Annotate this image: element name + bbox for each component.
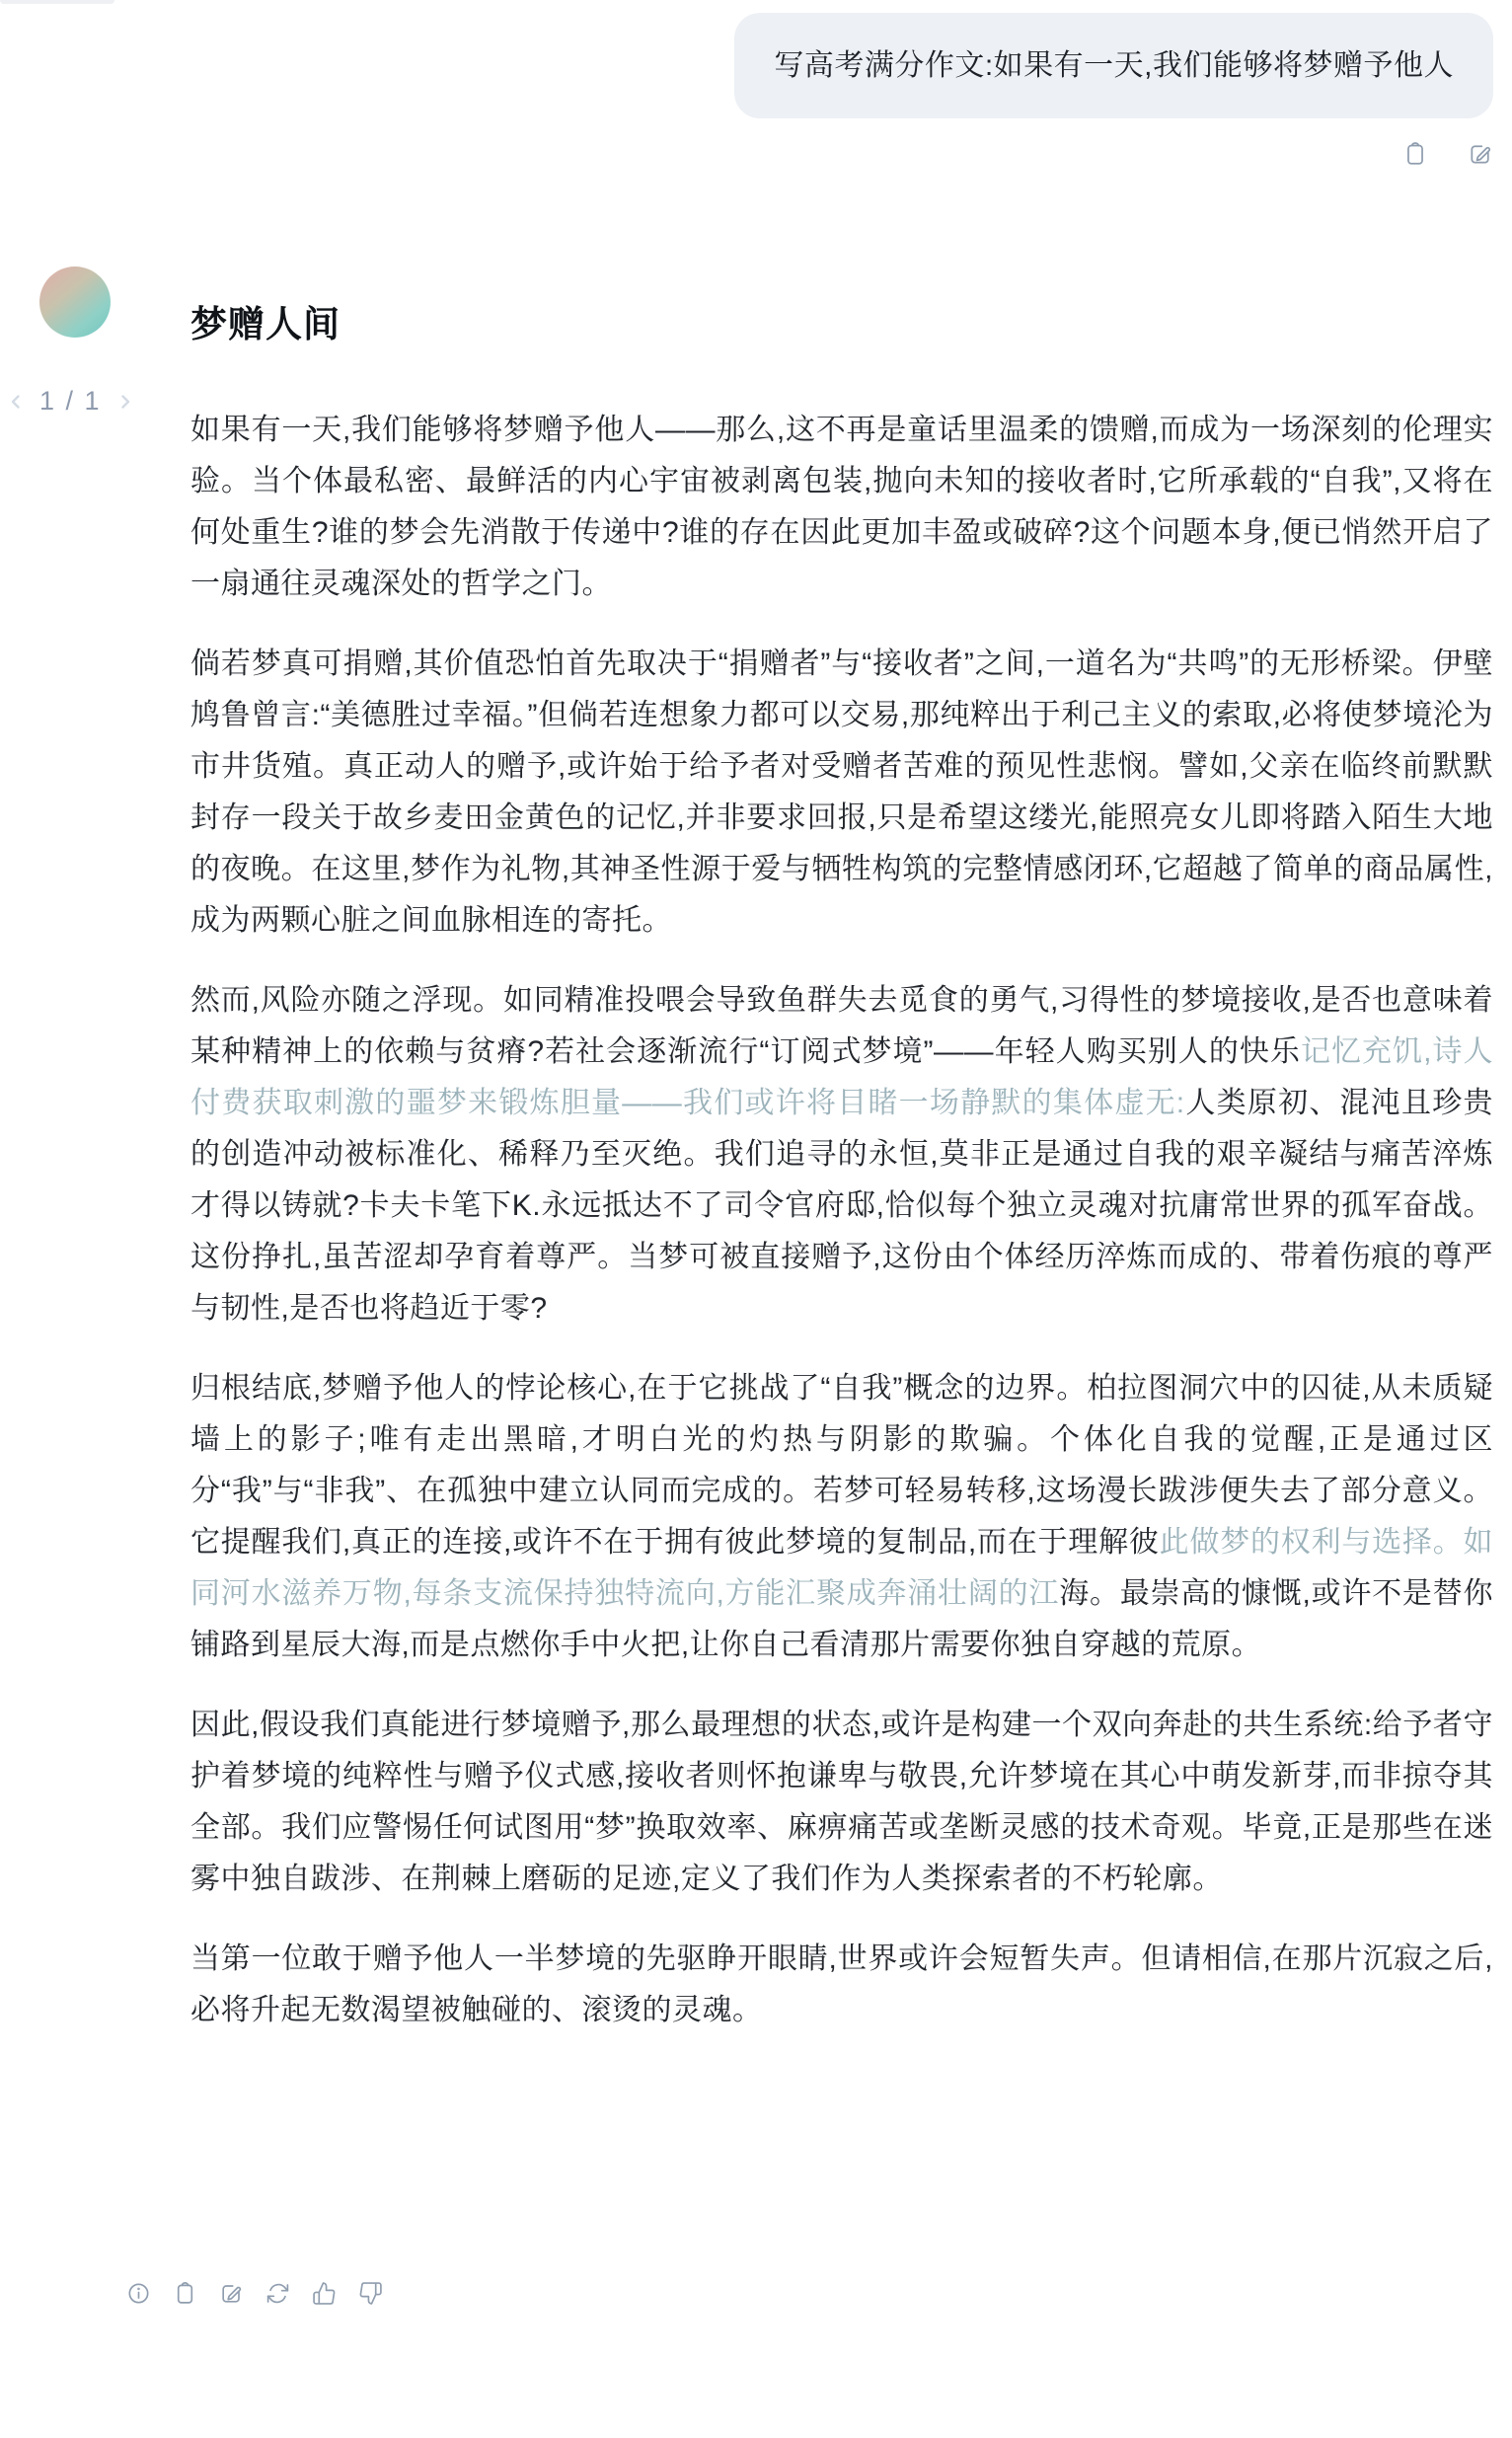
paragraph: 因此,假设我们真能进行梦境赠予,那么最理想的状态,或许是构建一个双向奔赴的共生系… — [190, 1700, 1493, 1905]
regenerate-icon — [265, 2281, 290, 2306]
paragraph: 然而,风险亦随之浮现。如同精准投喂会导致鱼群失去觅食的勇气,习得性的梦境接收,是… — [190, 975, 1493, 1334]
user-message-row: 写高考满分作文:如果有一天,我们能够将梦赠予他人 — [734, 13, 1493, 118]
paragraph-text: 人类原初、混沌且珍贵的创造冲动被标准化、稀释乃至灭绝。我们追寻的永恒,莫非正是通… — [190, 1087, 1493, 1325]
edit-response-button[interactable] — [213, 2275, 249, 2311]
copy-message-button[interactable] — [1402, 141, 1428, 167]
paragraph: 归根结底,梦赠予他人的悖论核心,在于它挑战了“自我”概念的边界。柏拉图洞穴中的囚… — [190, 1363, 1493, 1671]
assistant-message: 梦赠人间 如果有一天,我们能够将梦赠予他人——那么,这不再是童话里温柔的馈赠,而… — [190, 294, 1493, 2065]
info-button[interactable] — [120, 2275, 156, 2311]
paragraph: 当第一位敢于赠予他人一半梦境的先驱睁开眼睛,世界或许会短暂失声。但请相信,在那片… — [190, 1934, 1493, 2036]
paragraph-text: 如果有一天,我们能够将梦赠予他人——那么,这不再是童话里温柔的馈赠,而成为一场深… — [190, 414, 1493, 600]
regenerate-button[interactable] — [260, 2275, 295, 2311]
thumbs-up-button[interactable] — [306, 2275, 341, 2311]
chevron-left-icon[interactable] — [4, 390, 28, 414]
copy-icon — [1402, 141, 1428, 167]
paragraph-text: 倘若梦真可捐赠,其价值恐怕首先取决于“捐赠者”与“接收者”之间,一道名为“共鸣”… — [190, 648, 1493, 937]
assistant-avatar — [39, 267, 111, 338]
response-pagination: 1 / 1 — [4, 386, 137, 417]
paragraph: 倘若梦真可捐赠,其价值恐怕首先取决于“捐赠者”与“接收者”之间,一道名为“共鸣”… — [190, 639, 1493, 947]
user-message-bubble: 写高考满分作文:如果有一天,我们能够将梦赠予他人 — [734, 13, 1493, 118]
essay-title: 梦赠人间 — [190, 294, 1493, 347]
edit-icon — [1468, 141, 1493, 167]
pagination-label: 1 / 1 — [39, 386, 102, 417]
copy-icon — [173, 2281, 197, 2306]
copy-response-button[interactable] — [167, 2275, 202, 2311]
paragraph-text: 然而,风险亦随之浮现。如同精准投喂会导致鱼群失去觅食的勇气,习得性的梦境接收,是… — [190, 984, 1493, 1068]
info-icon — [126, 2281, 151, 2306]
response-toolbar — [120, 2275, 388, 2311]
chevron-right-icon[interactable] — [113, 390, 137, 414]
thumbs-down-icon — [358, 2281, 383, 2306]
paragraph-text: 当第一位敢于赠予他人一半梦境的先驱睁开眼睛,世界或许会短暂失声。但请相信,在那片… — [190, 1943, 1493, 2026]
thumbs-down-button[interactable] — [352, 2275, 388, 2311]
edit-icon — [219, 2281, 244, 2306]
thumbs-up-icon — [312, 2281, 337, 2306]
paragraph: 如果有一天,我们能够将梦赠予他人——那么,这不再是童话里温柔的馈赠,而成为一场深… — [190, 405, 1493, 610]
user-message-actions — [1402, 141, 1493, 167]
assistant-paragraphs: 如果有一天,我们能够将梦赠予他人——那么,这不再是童话里温柔的馈赠,而成为一场深… — [190, 405, 1493, 2036]
scroll-remnant — [0, 0, 114, 4]
edit-message-button[interactable] — [1468, 141, 1493, 167]
paragraph-text: 因此,假设我们真能进行梦境赠予,那么最理想的状态,或许是构建一个双向奔赴的共生系… — [190, 1709, 1493, 1895]
